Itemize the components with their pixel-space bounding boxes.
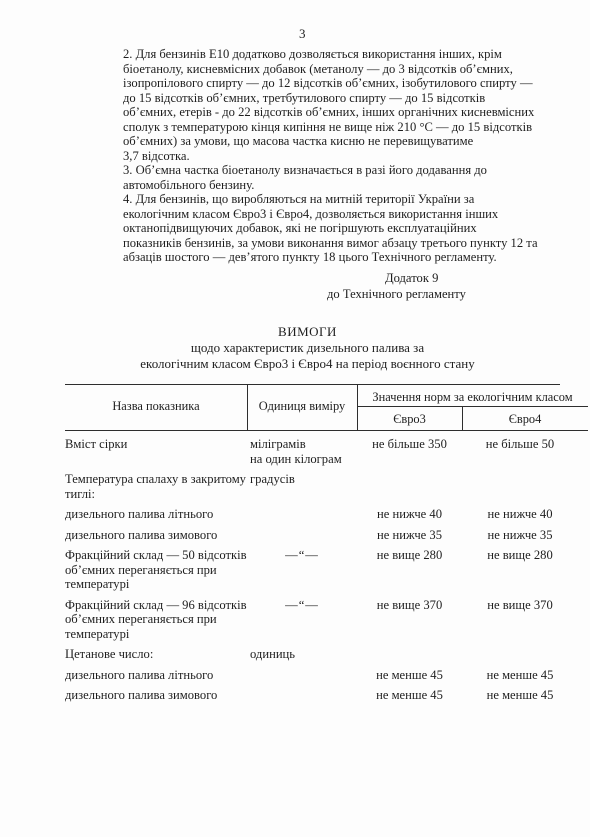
- cell-euro3-value: не нижче 35: [357, 528, 462, 543]
- table-row: Фракційний склад — 50 відсотків об’ємних…: [65, 548, 578, 592]
- cell-euro3-value: не менше 45: [357, 688, 462, 703]
- appendix-reference-line2: до Технічного регламенту: [327, 287, 466, 302]
- cell-unit: міліграмів на один кілограм: [247, 437, 357, 466]
- cell-euro3-value: не вище 370: [357, 598, 462, 613]
- cell-euro4-value: не вище 370: [462, 598, 578, 613]
- table-row: Вміст сірки міліграмів на один кілограм …: [65, 437, 578, 466]
- body-text: 2. Для бензинів Е10 додатково дозволяєть…: [123, 47, 538, 265]
- cell-euro3-value: не менше 45: [357, 668, 462, 683]
- column-header-name: Назва показника: [65, 399, 247, 414]
- cell-unit-ditto-mark: —“—: [247, 548, 357, 563]
- cell-euro3-value: не вище 280: [357, 548, 462, 563]
- cell-euro4-value: не менше 45: [462, 668, 578, 683]
- cell-indicator-name: Вміст сірки: [65, 437, 247, 452]
- column-header-unit: Одиниця виміру: [247, 399, 357, 414]
- cell-euro4-value: не вище 280: [462, 548, 578, 563]
- cell-indicator-name: дизельного палива зимового: [65, 528, 247, 543]
- document-page: 3 2. Для бензинів Е10 додатково дозволяє…: [0, 0, 590, 837]
- cell-indicator-name: дизельного палива літнього: [65, 507, 247, 522]
- cell-euro4-value: не менше 45: [462, 688, 578, 703]
- table-row: Температура спалаху в закритому тиглі: г…: [65, 472, 578, 501]
- cell-indicator-name: Фракційний склад — 96 відсотків об’ємних…: [65, 598, 247, 642]
- cell-euro4-value: не більше 50: [462, 437, 578, 452]
- cell-indicator-name: Температура спалаху в закритому тиглі:: [65, 472, 247, 501]
- page-number: 3: [299, 26, 306, 42]
- table-norms-underline: [357, 406, 588, 407]
- requirements-title: ВИМОГИ: [65, 324, 550, 340]
- table-row: дизельного палива зимового не нижче 35 н…: [65, 528, 578, 543]
- column-header-norms: Значення норм за екологічним класом: [357, 390, 588, 405]
- cell-euro4-value: не нижче 40: [462, 507, 578, 522]
- table-row: Цетанове число: одиниць: [65, 647, 578, 662]
- requirements-table-body: Вміст сірки міліграмів на один кілограм …: [65, 437, 578, 709]
- cell-indicator-name: дизельного палива літнього: [65, 668, 247, 683]
- cell-unit: одиниць: [247, 647, 357, 662]
- cell-unit: градусів: [247, 472, 357, 487]
- table-row: дизельного палива зимового не менше 45 н…: [65, 688, 578, 703]
- table-header-bottom-border: [65, 430, 588, 431]
- table-top-border: [65, 384, 560, 385]
- table-row: дизельного палива літнього не нижче 40 н…: [65, 507, 578, 522]
- cell-indicator-name: дизельного палива зимового: [65, 688, 247, 703]
- column-header-euro3: Євро3: [357, 412, 462, 427]
- appendix-reference-line1: Додаток 9: [385, 271, 438, 286]
- cell-euro3-value: не більше 350: [357, 437, 462, 452]
- table-row: Фракційний склад — 96 відсотків об’ємних…: [65, 598, 578, 642]
- column-header-euro4: Євро4: [462, 412, 588, 427]
- cell-euro4-value: не нижче 35: [462, 528, 578, 543]
- cell-indicator-name: Фракційний склад — 50 відсотків об’ємних…: [65, 548, 247, 592]
- cell-unit-ditto-mark: —“—: [247, 598, 357, 613]
- requirements-subtitle: щодо характеристик дизельного палива за …: [65, 340, 550, 371]
- cell-indicator-name: Цетанове число:: [65, 647, 247, 662]
- table-row: дизельного палива літнього не менше 45 н…: [65, 668, 578, 683]
- cell-euro3-value: не нижче 40: [357, 507, 462, 522]
